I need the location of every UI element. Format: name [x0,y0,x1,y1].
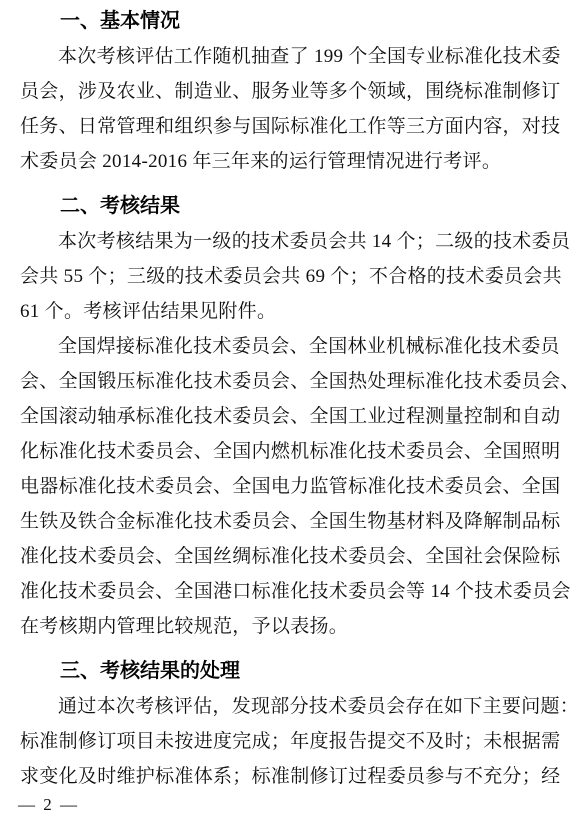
section-heading: 二、考核结果 [20,189,558,224]
text-line: 全国滚动轴承标准化技术委员会、全国工业过程测量控制和自动 [20,399,558,434]
text-line: 准化技术委员会、全国港口标准化技术委员会等 14 个技术委员会 [20,574,558,609]
text-line: 全国焊接标准化技术委员会、全国林业机械标准化技术委员 [20,329,558,364]
text-line: 电器标准化技术委员会、全国电力监管标准化技术委员会、全国 [20,469,558,504]
text-line: 任务、日常管理和组织参与国际标准化工作等三方面内容，对技 [20,109,558,144]
text-line: 在考核期内管理比较规范，予以表扬。 [20,609,558,644]
text-line: 会、全国锻压标准化技术委员会、全国热处理标准化技术委员会、 [20,364,558,399]
page-number: — 2 — [18,795,79,815]
text-line: 本次考核评估工作随机抽查了 199 个全国专业标准化技术委 [20,39,558,74]
text-line: 通过本次考核评估，发现部分技术委员会存在如下主要问题： [20,689,558,724]
paragraph: 本次考核结果为一级的技术委员会共 14 个；二级的技术委员会共 55 个；三级的… [20,224,558,329]
text-line: 61 个。考核评估结果见附件。 [20,294,558,329]
text-line: 求变化及时维护标准体系；标准制修订过程委员参与不充分；经 [20,759,558,794]
text-line: 员会，涉及农业、制造业、服务业等多个领域，围绕标准制修订 [20,74,558,109]
text-line: 生铁及铁合金标准化技术委员会、全国生物基材料及降解制品标 [20,504,558,539]
paragraph: 全国焊接标准化技术委员会、全国林业机械标准化技术委员会、全国锻压标准化技术委员会… [20,329,558,644]
document-body: 一、基本情况本次考核评估工作随机抽查了 199 个全国专业标准化技术委员会，涉及… [20,4,558,794]
text-line: 准化技术委员会、全国丝绸标准化技术委员会、全国社会保险标 [20,539,558,574]
section-heading: 一、基本情况 [20,4,558,39]
section-heading: 三、考核结果的处理 [20,654,558,689]
paragraph: 通过本次考核评估，发现部分技术委员会存在如下主要问题：标准制修订项目未按进度完成… [20,689,558,794]
text-line: 术委员会 2014-2016 年三年来的运行管理情况进行考评。 [20,144,558,179]
text-line: 标准制修订项目未按进度完成；年度报告提交不及时；未根据需 [20,724,558,759]
document-page: 一、基本情况本次考核评估工作随机抽查了 199 个全国专业标准化技术委员会，涉及… [0,0,575,826]
text-line: 会共 55 个；三级的技术委员会共 69 个；不合格的技术委员会共 [20,259,558,294]
paragraph: 本次考核评估工作随机抽查了 199 个全国专业标准化技术委员会，涉及农业、制造业… [20,39,558,179]
text-line: 本次考核结果为一级的技术委员会共 14 个；二级的技术委员 [20,224,558,259]
text-line: 化标准化技术委员会、全国内燃机标准化技术委员会、全国照明 [20,434,558,469]
